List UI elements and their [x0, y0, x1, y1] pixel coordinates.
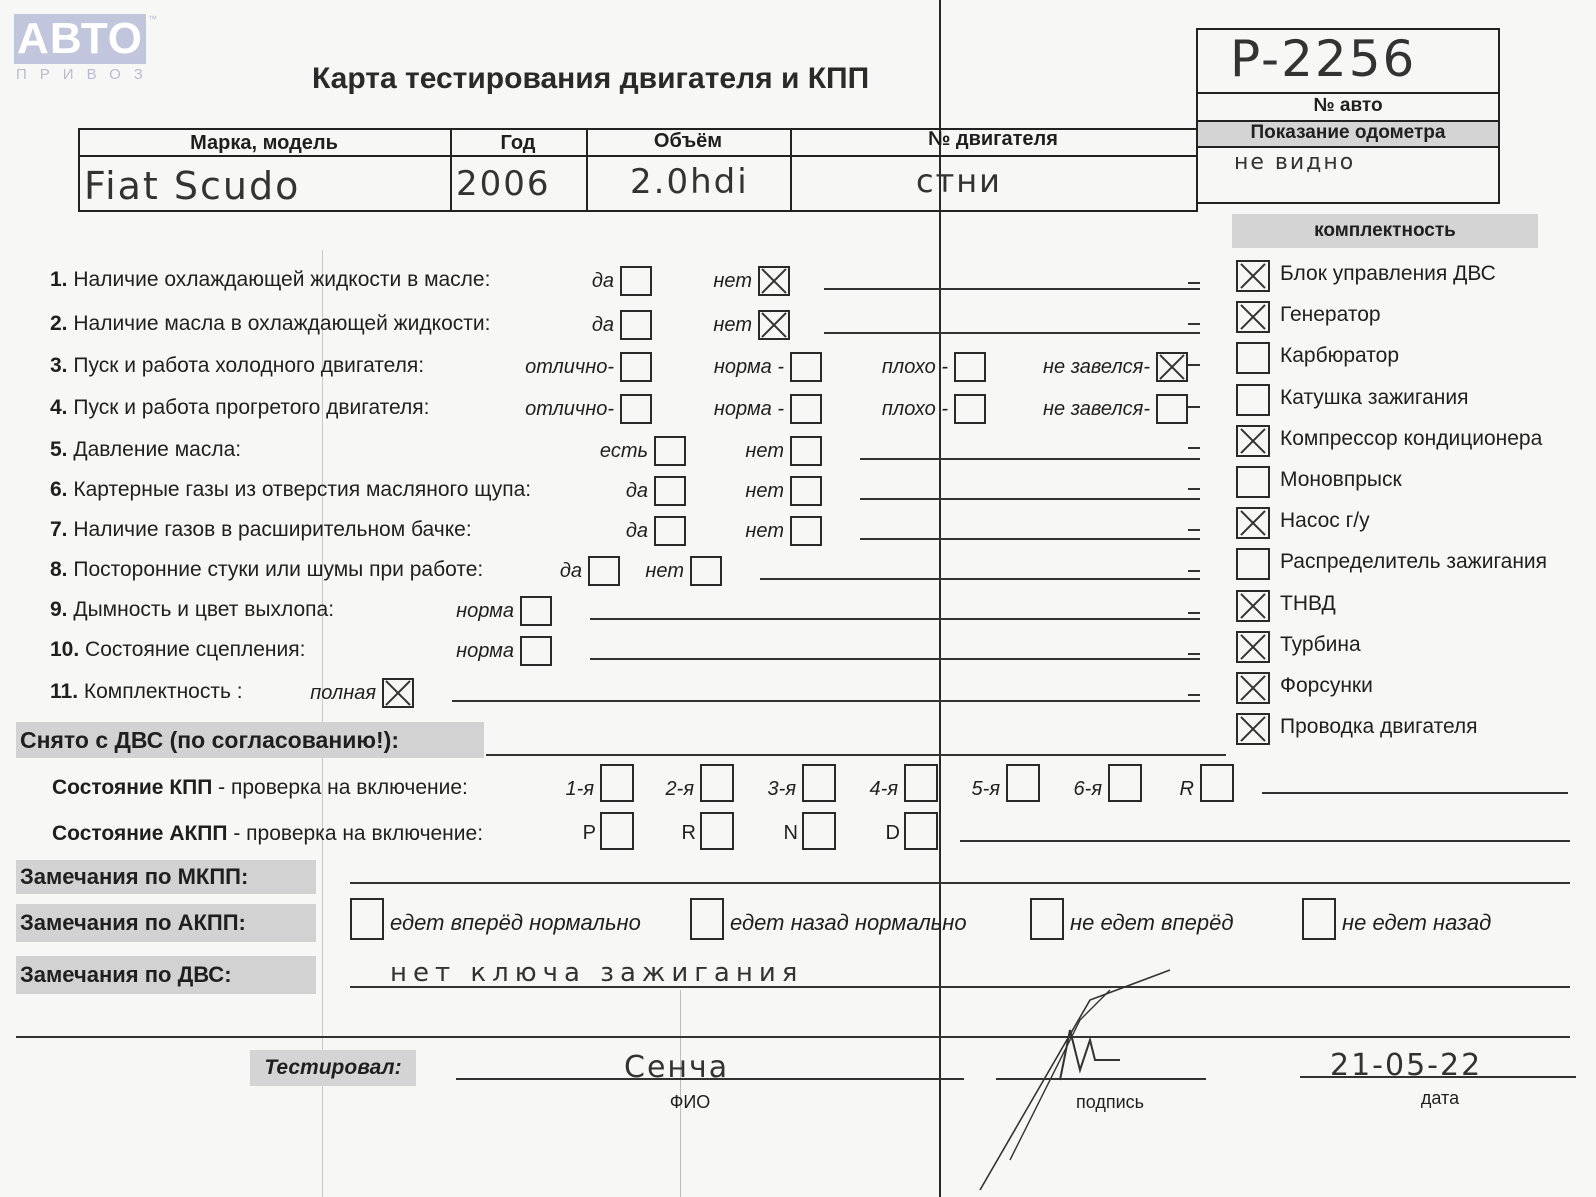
- kit-dash: [1188, 529, 1200, 531]
- kpp-gear-checkbox[interactable]: [802, 764, 836, 802]
- notes-line[interactable]: [860, 538, 1200, 540]
- notes-line[interactable]: [590, 658, 1200, 660]
- option-checkbox[interactable]: [758, 310, 790, 340]
- kit-dash: [1188, 570, 1200, 572]
- notes-line[interactable]: [824, 288, 1200, 290]
- kpp-gear-checkbox[interactable]: [1006, 764, 1040, 802]
- kpp-gear-label: 2-я: [650, 778, 694, 801]
- kit-dash: [1188, 653, 1200, 655]
- notes-line[interactable]: [824, 332, 1200, 334]
- kit-checkbox[interactable]: [1236, 631, 1270, 663]
- kit-checkbox[interactable]: [1236, 548, 1270, 580]
- date-caption: дата: [1380, 1088, 1500, 1109]
- kpp-gear-checkbox[interactable]: [600, 764, 634, 802]
- option-checkbox[interactable]: [654, 516, 686, 546]
- notes-line[interactable]: [452, 700, 1200, 702]
- question-text: 7. Наличие газов в расширительном бачке:: [50, 518, 472, 542]
- kit-dash: [1188, 323, 1200, 325]
- question-text: 6. Картерные газы из отверстия масляного…: [50, 478, 531, 502]
- kit-checkbox[interactable]: [1236, 260, 1270, 292]
- mkpp-remarks-label: Замечания по МКПП:: [16, 860, 316, 894]
- question-text: 10. Состояние сцепления:: [50, 638, 305, 662]
- question-text: 11. Комплектность :: [50, 680, 243, 704]
- option-checkbox[interactable]: [954, 394, 986, 424]
- kpp-gear-label: 3-я: [752, 778, 796, 801]
- kit-item-label: Катушка зажигания: [1280, 386, 1468, 410]
- notes-line[interactable]: [760, 578, 1200, 580]
- option-checkbox[interactable]: [382, 678, 414, 708]
- option-label: норма: [420, 600, 514, 623]
- kit-checkbox[interactable]: [1236, 384, 1270, 416]
- kit-dash: [1188, 488, 1200, 490]
- option-label: не завелся-: [1000, 356, 1150, 379]
- notes-line[interactable]: [860, 498, 1200, 500]
- name-caption: ФИО: [600, 1092, 780, 1113]
- option-label: норма -: [670, 356, 784, 379]
- akpp-remark-label: едет вперёд нормально: [390, 910, 641, 936]
- option-label: нет: [680, 270, 752, 293]
- kit-item-label: Распределитель зажигания: [1280, 550, 1547, 574]
- option-checkbox[interactable]: [790, 516, 822, 546]
- option-checkbox[interactable]: [620, 352, 652, 382]
- kit-checkbox[interactable]: [1236, 342, 1270, 374]
- date-line: [1300, 1076, 1576, 1078]
- option-label: норма: [420, 640, 514, 663]
- akpp-gear-label: N: [760, 822, 798, 845]
- akpp-remark-label: едет назад нормально: [730, 910, 967, 936]
- kit-item-label: Генератор: [1280, 303, 1381, 327]
- option-checkbox[interactable]: [620, 266, 652, 296]
- kit-dash: [1188, 447, 1200, 449]
- odometer-value[interactable]: не видно: [1234, 150, 1355, 175]
- option-checkbox[interactable]: [1156, 352, 1188, 382]
- kit-dash: [1188, 282, 1200, 284]
- kpp-gear-label: 1-я: [548, 778, 594, 801]
- option-checkbox[interactable]: [790, 352, 822, 382]
- question-text: 8. Посторонние стуки или шумы при работе…: [50, 558, 483, 582]
- kpp-gear-label: R: [1170, 778, 1194, 801]
- option-label: норма -: [670, 398, 784, 421]
- logo: АВТО: [14, 14, 146, 64]
- akpp-remark-checkbox[interactable]: [690, 898, 724, 940]
- removed-label: Снято с ДВС (по согласованию!):: [16, 722, 484, 758]
- option-label: не завелся-: [1000, 398, 1150, 421]
- kit-item-label: Моновпрыск: [1280, 468, 1402, 492]
- column-make-model: Марка, модель: [78, 132, 450, 155]
- option-checkbox[interactable]: [758, 266, 790, 296]
- kit-dash: [1188, 406, 1200, 408]
- kit-checkbox[interactable]: [1236, 425, 1270, 457]
- option-label: плохо -: [830, 398, 948, 421]
- option-label: да: [570, 314, 614, 337]
- dvs-remarks-line-2: [16, 1036, 1570, 1038]
- option-label: есть: [560, 440, 648, 463]
- option-label: нет: [604, 560, 684, 583]
- akpp-gear-checkbox[interactable]: [700, 812, 734, 850]
- kpp-label: Состояние КПП - проверка на включение:: [52, 776, 468, 800]
- akpp-notes-line[interactable]: [960, 840, 1570, 842]
- kit-checkbox[interactable]: [1236, 713, 1270, 745]
- dvs-remarks-label: Замечания по ДВС:: [16, 956, 316, 994]
- kpp-gear-checkbox[interactable]: [1200, 764, 1234, 802]
- column-engine-number: № двигателя: [790, 128, 1196, 151]
- option-checkbox[interactable]: [520, 636, 552, 666]
- kit-checkbox[interactable]: [1236, 466, 1270, 498]
- page-title: Карта тестирования двигателя и КПП: [312, 62, 869, 96]
- option-label: полная: [278, 682, 376, 705]
- question-text: 2. Наличие масла в охлаждающей жидкости:: [50, 312, 490, 336]
- option-label: да: [600, 480, 648, 503]
- kit-dash: [1188, 694, 1200, 696]
- option-label: плохо -: [830, 356, 948, 379]
- akpp-gear-label: P: [560, 822, 596, 845]
- logo-trademark: ™: [148, 14, 157, 24]
- kit-item-label: Насос г/у: [1280, 509, 1370, 533]
- akpp-remark-label: не едет вперёд: [1070, 910, 1234, 936]
- tested-by-label: Тестировал:: [250, 1050, 416, 1086]
- kpp-gear-checkbox[interactable]: [904, 764, 938, 802]
- kit-dash: [1188, 364, 1200, 366]
- question-text: 9. Дымность и цвет выхлопа:: [50, 598, 334, 622]
- option-checkbox[interactable]: [690, 556, 722, 586]
- column-volume: Объём: [586, 130, 790, 153]
- akpp-gear-checkbox[interactable]: [904, 812, 938, 850]
- option-label: нет: [680, 314, 752, 337]
- volume-value[interactable]: 2.0hdi: [630, 162, 749, 202]
- signature-line: [996, 1078, 1206, 1080]
- akpp-label: Состояние АКПП - проверка на включение:: [52, 822, 483, 846]
- kpp-gear-checkbox[interactable]: [1108, 764, 1142, 802]
- column-year: Год: [450, 132, 586, 155]
- option-label: да: [570, 270, 614, 293]
- kpp-gear-checkbox[interactable]: [700, 764, 734, 802]
- dvs-remarks-line: [350, 986, 1570, 988]
- kit-checkbox[interactable]: [1236, 590, 1270, 622]
- kit-item-label: Блок управления ДВС: [1280, 262, 1496, 286]
- akpp-gear-label: D: [860, 822, 900, 845]
- question-text: 5. Давление масла:: [50, 438, 241, 462]
- option-checkbox[interactable]: [620, 394, 652, 424]
- option-label: да: [600, 520, 648, 543]
- akpp-remarks-label: Замечания по АКПП:: [16, 904, 316, 942]
- car-number-label: № авто: [1196, 95, 1500, 117]
- akpp-gear-label: R: [660, 822, 696, 845]
- option-checkbox[interactable]: [620, 310, 652, 340]
- question-text: 4. Пуск и работа прогретого двигателя:: [50, 396, 430, 420]
- signature-caption: подпись: [1040, 1092, 1180, 1113]
- kpp-gear-label: 6-я: [1058, 778, 1102, 801]
- option-checkbox[interactable]: [790, 436, 822, 466]
- kit-item-label: ТНВД: [1280, 592, 1336, 616]
- kit-item-label: Проводка двигателя: [1280, 715, 1478, 739]
- kpp-gear-label: 4-я: [854, 778, 898, 801]
- kpp-gear-label: 5-я: [956, 778, 1000, 801]
- question-text: 1. Наличие охлаждающей жидкости в масле:: [50, 268, 490, 292]
- option-checkbox[interactable]: [954, 352, 986, 382]
- kit-dash: [1188, 612, 1200, 614]
- kit-item-label: Компрессор кондиционера: [1280, 427, 1542, 451]
- logo-subtitle: ПРИВОЗ: [16, 66, 156, 83]
- option-label: да: [528, 560, 582, 583]
- akpp-gear-checkbox[interactable]: [600, 812, 634, 850]
- name-line: [456, 1078, 964, 1080]
- kit-item-label: Форсунки: [1280, 674, 1373, 698]
- option-checkbox[interactable]: [790, 476, 822, 506]
- kit-item-label: Турбина: [1280, 633, 1361, 657]
- kit-checkbox[interactable]: [1236, 507, 1270, 539]
- year-value[interactable]: 2006: [456, 164, 551, 204]
- engine-number-value[interactable]: стни: [916, 162, 1002, 200]
- option-checkbox[interactable]: [1156, 394, 1188, 424]
- akpp-remark-checkbox[interactable]: [1030, 898, 1064, 940]
- akpp-remark-label: не едет назад: [1342, 910, 1491, 936]
- option-label: отлично-: [490, 356, 614, 379]
- kit-title: комплектность: [1232, 214, 1538, 248]
- car-number-value[interactable]: P-2256: [1230, 30, 1416, 88]
- kit-item-label: Карбюратор: [1280, 344, 1399, 368]
- make-model-value[interactable]: Fiat Scudo: [84, 164, 300, 208]
- option-label: нет: [700, 480, 784, 503]
- option-checkbox[interactable]: [790, 394, 822, 424]
- notes-line[interactable]: [590, 618, 1200, 620]
- akpp-gear-checkbox[interactable]: [802, 812, 836, 850]
- option-label: отлично-: [490, 398, 614, 421]
- option-label: нет: [700, 520, 784, 543]
- question-text: 3. Пуск и работа холодного двигателя:: [50, 354, 424, 378]
- mkpp-remarks-line[interactable]: [350, 882, 1570, 884]
- option-label: нет: [700, 440, 784, 463]
- option-checkbox[interactable]: [520, 596, 552, 626]
- notes-line[interactable]: [860, 458, 1200, 460]
- kit-checkbox[interactable]: [1236, 301, 1270, 333]
- option-checkbox[interactable]: [654, 436, 686, 466]
- kit-checkbox[interactable]: [1236, 672, 1270, 704]
- dvs-remarks-value[interactable]: нет ключа зажигания: [390, 958, 803, 988]
- akpp-remark-checkbox[interactable]: [1302, 898, 1336, 940]
- akpp-remark-checkbox[interactable]: [350, 898, 384, 940]
- removed-line[interactable]: [486, 754, 1226, 756]
- option-checkbox[interactable]: [654, 476, 686, 506]
- kpp-notes-line[interactable]: [1262, 792, 1568, 794]
- odometer-label: Показание одометра: [1198, 122, 1498, 146]
